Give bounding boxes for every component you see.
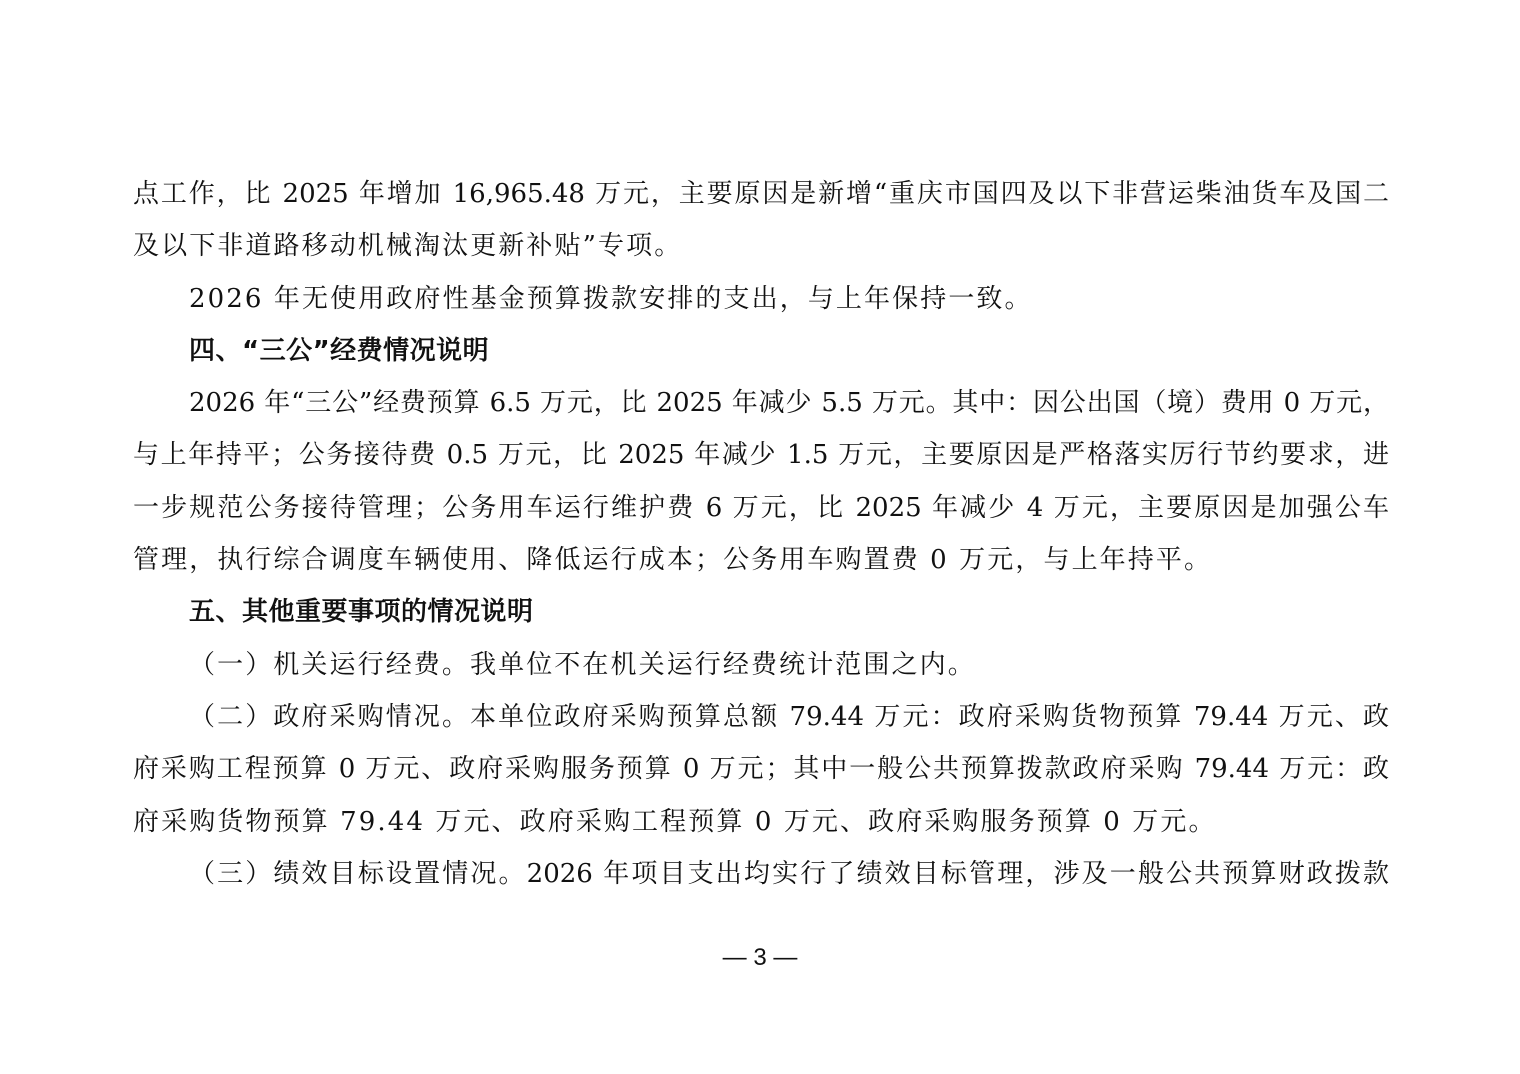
section-heading-three-public-expenses: 四、“三公”经费情况说明 — [133, 325, 1389, 377]
paragraph-line: 管理，执行综合调度车辆使用、降低运行成本；公务用车购置费 0 万元，与上年持平。 — [133, 534, 1389, 586]
paragraph-line: 一步规范公务接待管理；公务用车运行维护费 6 万元，比 2025 年减少 4 万… — [133, 482, 1389, 534]
document-body: 点工作，比 2025 年增加 16,965.48 万元，主要原因是新增“重庆市国… — [133, 168, 1389, 900]
paragraph-line: 府采购工程预算 0 万元、政府采购服务预算 0 万元；其中一般公共预算拨款政府采… — [133, 743, 1389, 795]
paragraph-line: （三）绩效目标设置情况。2026 年项目支出均实行了绩效目标管理，涉及一般公共预… — [133, 848, 1389, 900]
paragraph-line: 与上年持平；公务接待费 0.5 万元，比 2025 年减少 1.5 万元，主要原… — [133, 429, 1389, 481]
paragraph-line: 及以下非道路移动机械淘汰更新补贴”专项。 — [133, 220, 1389, 272]
paragraph-line: 2026 年无使用政府性基金预算拨款安排的支出，与上年保持一致。 — [133, 273, 1389, 325]
paragraph-line: 2026 年“三公”经费预算 6.5 万元，比 2025 年减少 5.5 万元。… — [133, 377, 1389, 429]
paragraph-line: 点工作，比 2025 年增加 16,965.48 万元，主要原因是新增“重庆市国… — [133, 168, 1389, 220]
paragraph-line: （二）政府采购情况。本单位政府采购预算总额 79.44 万元：政府采购货物预算 … — [133, 691, 1389, 743]
paragraph-line: （一）机关运行经费。我单位不在机关运行经费统计范围之内。 — [133, 639, 1389, 691]
document-page: 点工作，比 2025 年增加 16,965.48 万元，主要原因是新增“重庆市国… — [0, 0, 1520, 1074]
paragraph-line: 府采购货物预算 79.44 万元、政府采购工程预算 0 万元、政府采购服务预算 … — [133, 796, 1389, 848]
section-heading-other-matters: 五、其他重要事项的情况说明 — [133, 586, 1389, 638]
page-number: — 3 — — [0, 940, 1520, 976]
